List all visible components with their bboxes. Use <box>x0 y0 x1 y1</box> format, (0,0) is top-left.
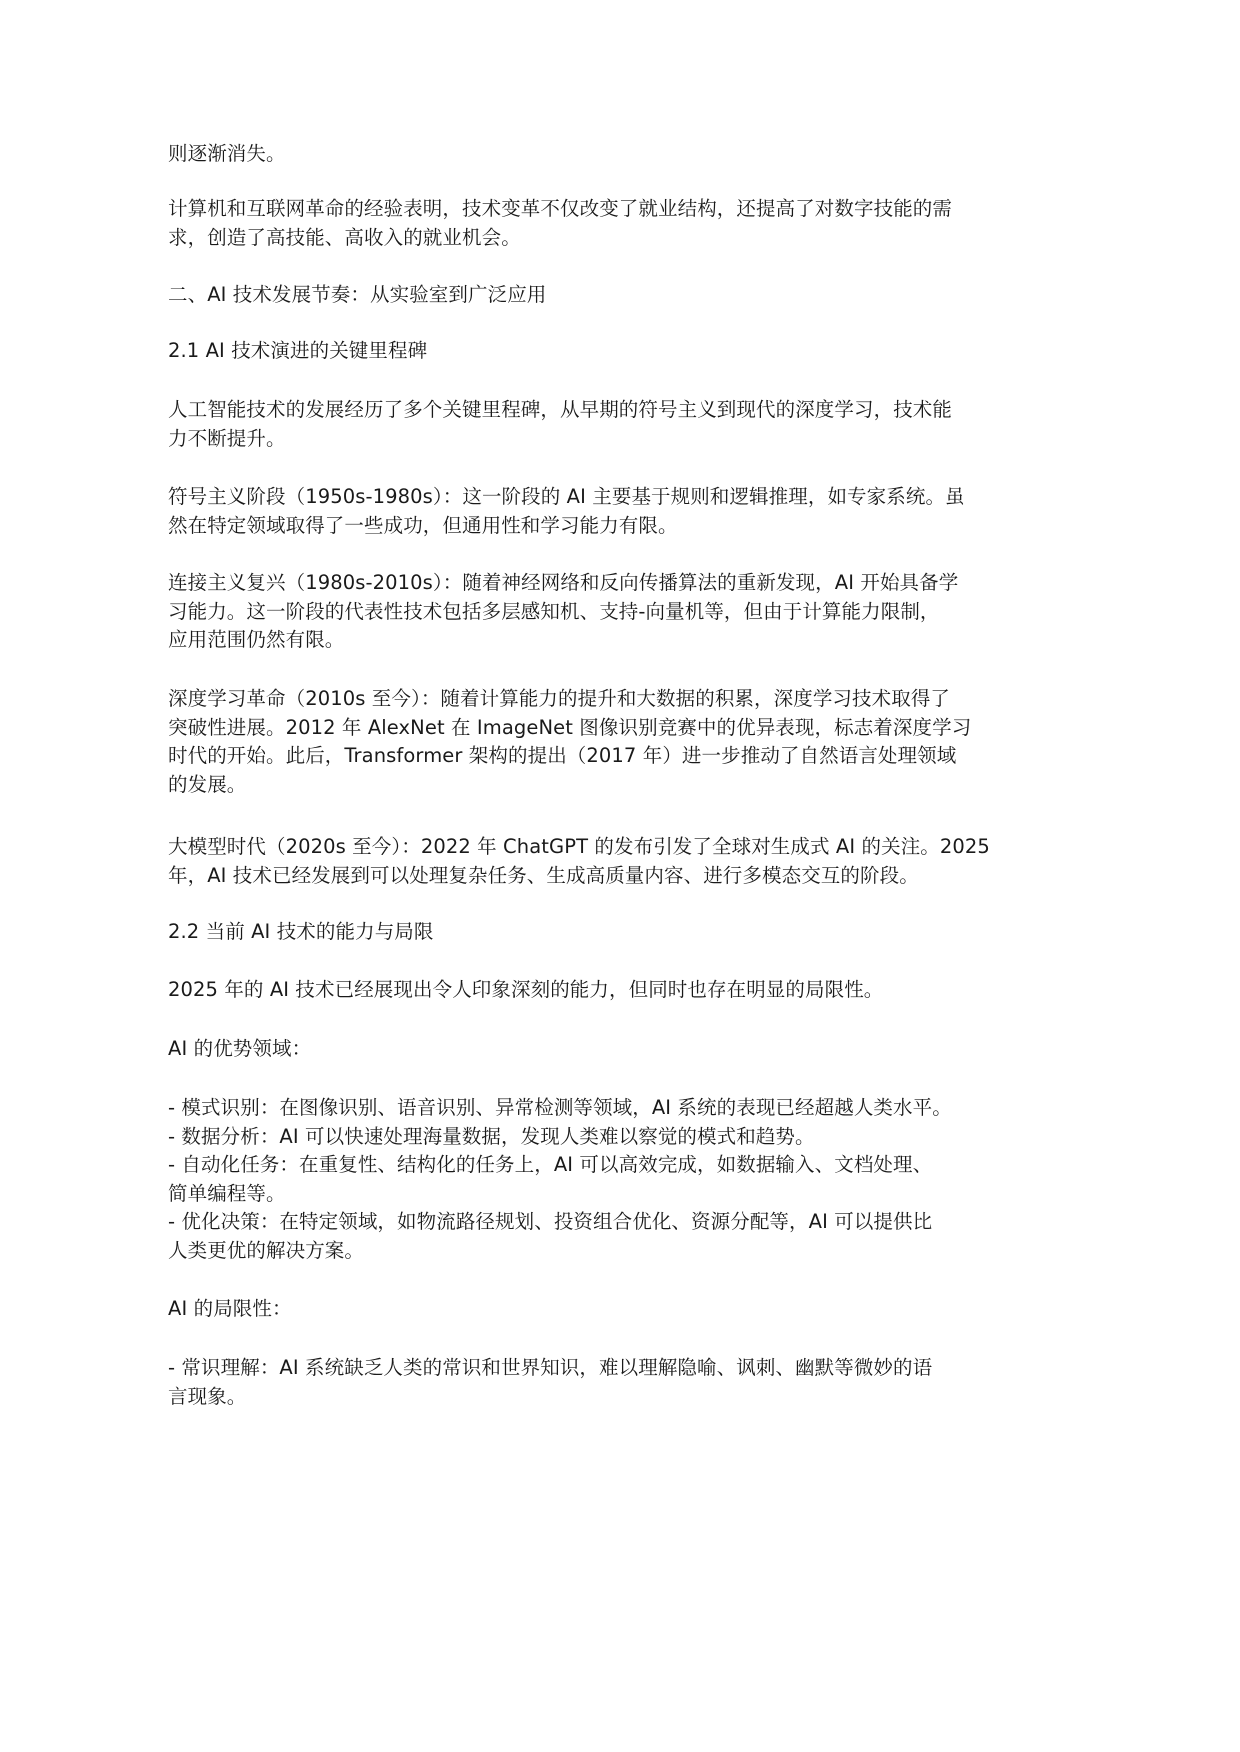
text-line: 人工智能技术的发展经历了多个关键里程碑，从早期的符号主义到现代的深度学习，技术能 <box>168 396 952 424</box>
text-line: 则逐渐消失。 <box>168 140 286 168</box>
text-line: AI 的局限性： <box>168 1295 292 1323</box>
text-line: 突破性进展。2012 年 AlexNet 在 ImageNet 图像识别竞赛中的… <box>168 714 971 742</box>
heading-text: 2.1 AI 技术演进的关键里程碑 <box>168 337 427 365</box>
text-line: 力不断提升。 <box>168 425 286 453</box>
text-line: 习能力。这一阶段的代表性技术包括多层感知机、支持-向量机等，但由于计算能力限制， <box>168 598 940 626</box>
list-item-line: 人类更优的解决方案。 <box>168 1237 364 1265</box>
text-line: 符号主义阶段（1950s-1980s）：这一阶段的 AI 主要基于规则和逻辑推理… <box>168 483 965 511</box>
text-line: 深度学习革命（2010s 至今）：随着计算能力的提升和大数据的积累，深度学习技术… <box>168 685 950 713</box>
list-item-line: 言现象。 <box>168 1383 246 1411</box>
list-item-line: - 优化决策：在特定领域，如物流路径规划、投资组合优化、资源分配等，AI 可以提… <box>168 1208 932 1236</box>
text-line: 的发展。 <box>168 771 246 799</box>
list-item-line: - 常识理解：AI 系统缺乏人类的常识和世界知识，难以理解隐喻、讽刺、幽默等微妙… <box>168 1354 932 1382</box>
heading-text: 2.2 当前 AI 技术的能力与局限 <box>168 918 434 946</box>
list-item-line: - 自动化任务：在重复性、结构化的任务上，AI 可以高效完成，如数据输入、文档处… <box>168 1151 932 1179</box>
text-line: 应用范围仍然有限。 <box>168 626 344 654</box>
text-line: 年，AI 技术已经发展到可以处理复杂任务、生成高质量内容、进行多模态交互的阶段。 <box>168 862 919 890</box>
text-line: 计算机和互联网革命的经验表明，技术变革不仅改变了就业结构，还提高了对数字技能的需 <box>168 195 952 223</box>
text-line: 时代的开始。此后，Transformer 架构的提出（2017 年）进一步推动了… <box>168 742 956 770</box>
text-line: 大模型时代（2020s 至今）：2022 年 ChatGPT 的发布引发了全球对… <box>168 833 990 861</box>
text-line: 然在特定领域取得了一些成功，但通用性和学习能力有限。 <box>168 512 678 540</box>
list-item-line: 简单编程等。 <box>168 1180 286 1208</box>
text-line: AI 的优势领域： <box>168 1035 311 1063</box>
text-line: 2025 年的 AI 技术已经展现出令人印象深刻的能力，但同时也存在明显的局限性… <box>168 976 883 1004</box>
list-item-line: - 数据分析：AI 可以快速处理海量数据，发现人类难以察觉的模式和趋势。 <box>168 1123 815 1151</box>
text-line: 连接主义复兴（1980s-2010s）：随着神经网络和反向传播算法的重新发现，A… <box>168 569 958 597</box>
list-item-line: - 模式识别：在图像识别、语音识别、异常检测等领域，AI 系统的表现已经超越人类… <box>168 1094 952 1122</box>
heading-text: 二、AI 技术发展节奏：从实验室到广泛应用 <box>168 281 546 309</box>
text-line: 求，创造了高技能、高收入的就业机会。 <box>168 224 521 252</box>
